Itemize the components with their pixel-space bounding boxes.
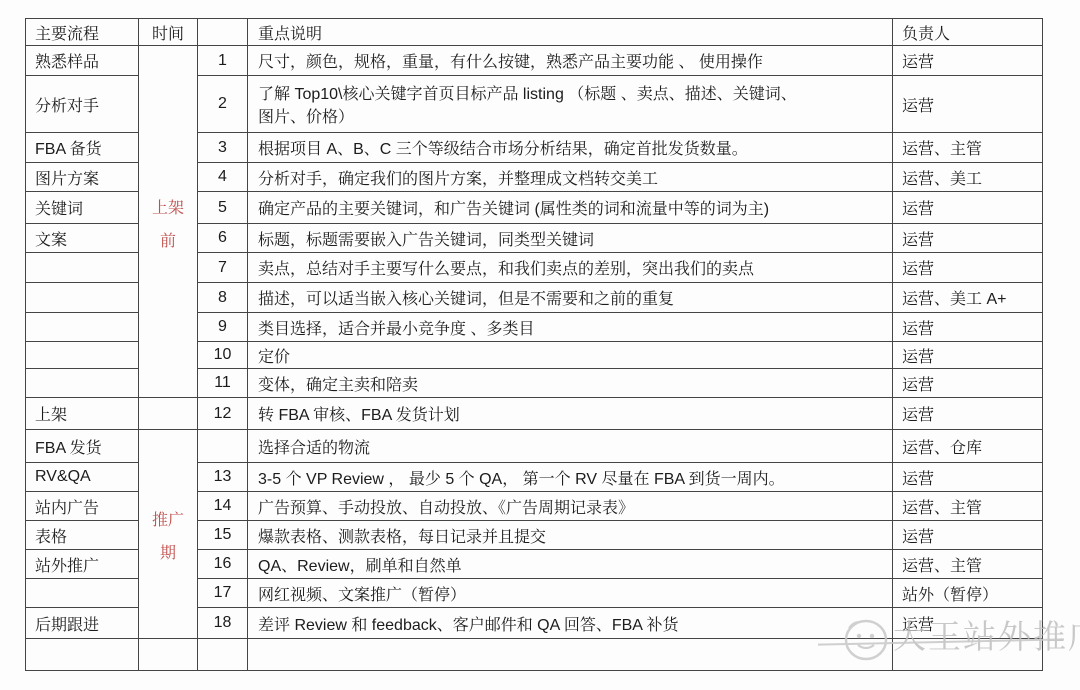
detail-cell: 转 FBA 审核、FBA 发货计划 (248, 398, 893, 430)
step-number-cell (198, 430, 248, 463)
detail-cell: 描述，可以适当嵌入核心关键词，但是不需要和之前的重复 (248, 283, 893, 313)
step-number-cell: 11 (198, 369, 248, 398)
time-cell (139, 398, 198, 430)
header-owner: 负责人 (893, 19, 1043, 46)
process-cell: RV&QA (26, 463, 139, 492)
detail-cell: 分析对手，确定我们的图片方案，并整理成文档转交美工 (248, 163, 893, 192)
header-detail: 重点说明 (248, 19, 893, 46)
process-cell: 上架 (26, 398, 139, 430)
step-number-cell (198, 639, 248, 671)
owner-cell: 运营 (893, 608, 1043, 639)
step-number-cell: 7 (198, 253, 248, 283)
owner-cell: 运营 (893, 192, 1043, 224)
owner-cell: 运营、主管 (893, 492, 1043, 521)
owner-cell: 站外（暂停） (893, 579, 1043, 608)
owner-cell: 运营、主管 (893, 550, 1043, 579)
detail-cell: 差评 Review 和 feedback、客户邮件和 QA 回答、FBA 补货 (248, 608, 893, 639)
scanned-document-page: 主要流程 时间 重点说明 负责人 熟悉样品上架前1尺寸，颜色，规格，重量，有什么… (0, 0, 1080, 690)
process-cell: 关键词 (26, 192, 139, 224)
process-cell: 图片方案 (26, 163, 139, 192)
owner-cell: 运营、美工 (893, 163, 1043, 192)
detail-cell: 爆款表格、测款表格，每日记录并且提交 (248, 521, 893, 550)
step-number-cell: 5 (198, 192, 248, 224)
time-phase-label: 推广 (139, 504, 197, 537)
detail-cell: 网红视频、文案推广（暂停） (248, 579, 893, 608)
detail-cell: 3-5 个 VP Review ， 最少 5 个 QA， 第一个 RV 尽量在 … (248, 463, 893, 492)
owner-cell: 运营 (893, 76, 1043, 133)
process-cell: FBA 备货 (26, 133, 139, 163)
table-body: 熟悉样品上架前1尺寸，颜色，规格，重量，有什么按键，熟悉产品主要功能 、 使用操… (26, 46, 1043, 671)
header-time: 时间 (139, 19, 198, 46)
process-cell (26, 283, 139, 313)
step-number-cell: 14 (198, 492, 248, 521)
process-cell: 后期跟进 (26, 608, 139, 639)
time-phase-cell: 推广期 (139, 430, 198, 639)
process-cell (26, 313, 139, 342)
table-row: 熟悉样品上架前1尺寸，颜色，规格，重量，有什么按键，熟悉产品主要功能 、 使用操… (26, 46, 1043, 76)
detail-cell: 了解 Top10\核心关键字首页目标产品 listing （标题 、卖点、描述、… (248, 76, 893, 133)
detail-cell (248, 639, 893, 671)
detail-cell: 定价 (248, 342, 893, 369)
owner-cell: 运营 (893, 521, 1043, 550)
time-phase-label: 上架 (139, 192, 197, 225)
detail-cell: QA、Review，刷单和自然单 (248, 550, 893, 579)
owner-cell: 运营 (893, 398, 1043, 430)
time-phase-label: 期 (139, 537, 197, 570)
owner-cell: 运营 (893, 369, 1043, 398)
detail-cell: 根据项目 A、B、C 三个等级结合市场分析结果，确定首批发货数量。 (248, 133, 893, 163)
detail-cell: 选择合适的物流 (248, 430, 893, 463)
step-number-cell: 2 (198, 76, 248, 133)
owner-cell: 运营、美工 A+ (893, 283, 1043, 313)
owner-cell: 运营 (893, 313, 1043, 342)
process-cell (26, 342, 139, 369)
step-number-cell: 8 (198, 283, 248, 313)
process-cell (26, 369, 139, 398)
detail-cell: 尺寸，颜色，规格，重量，有什么按键，熟悉产品主要功能 、 使用操作 (248, 46, 893, 76)
step-number-cell: 16 (198, 550, 248, 579)
time-phase-cell: 上架前 (139, 46, 198, 398)
process-cell: 分析对手 (26, 76, 139, 133)
process-cell: 熟悉样品 (26, 46, 139, 76)
time-cell (139, 639, 198, 671)
table-row: 上架12转 FBA 审核、FBA 发货计划运营 (26, 398, 1043, 430)
process-cell: 表格 (26, 521, 139, 550)
step-number-cell: 10 (198, 342, 248, 369)
process-cell (26, 253, 139, 283)
detail-cell: 标题，标题需要嵌入广告关键词，同类型关键词 (248, 224, 893, 253)
step-number-cell: 15 (198, 521, 248, 550)
header-step-number (198, 19, 248, 46)
header-process: 主要流程 (26, 19, 139, 46)
owner-cell: 运营 (893, 46, 1043, 76)
process-cell: 站外推广 (26, 550, 139, 579)
owner-cell (893, 639, 1043, 671)
step-number-cell: 4 (198, 163, 248, 192)
process-cell (26, 639, 139, 671)
owner-cell: 运营、主管 (893, 133, 1043, 163)
step-number-cell: 3 (198, 133, 248, 163)
process-cell: 文案 (26, 224, 139, 253)
owner-cell: 运营 (893, 253, 1043, 283)
owner-cell: 运营 (893, 463, 1043, 492)
detail-cell: 卖点，总结对手主要写什么要点，和我们卖点的差别，突出我们的卖点 (248, 253, 893, 283)
step-number-cell: 1 (198, 46, 248, 76)
detail-cell: 类目选择，适合并最小竞争度 、多类目 (248, 313, 893, 342)
step-number-cell: 6 (198, 224, 248, 253)
process-cell (26, 579, 139, 608)
time-phase-label: 前 (139, 225, 197, 258)
step-number-cell: 17 (198, 579, 248, 608)
process-cell: 站内广告 (26, 492, 139, 521)
step-number-cell: 9 (198, 313, 248, 342)
owner-cell: 运营 (893, 224, 1043, 253)
owner-cell: 运营 (893, 342, 1043, 369)
owner-cell: 运营、仓库 (893, 430, 1043, 463)
process-cell: FBA 发货 (26, 430, 139, 463)
step-number-cell: 18 (198, 608, 248, 639)
detail-cell: 变体，确定主卖和陪卖 (248, 369, 893, 398)
detail-cell: 确定产品的主要关键词，和广告关键词 (属性类的词和流量中等的词为主) (248, 192, 893, 224)
workflow-table: 主要流程 时间 重点说明 负责人 熟悉样品上架前1尺寸，颜色，规格，重量，有什么… (25, 18, 1043, 671)
table-header-row: 主要流程 时间 重点说明 负责人 (26, 19, 1043, 46)
table-row: FBA 发货推广期选择合适的物流运营、仓库 (26, 430, 1043, 463)
step-number-cell: 13 (198, 463, 248, 492)
table-row (26, 639, 1043, 671)
step-number-cell: 12 (198, 398, 248, 430)
detail-cell: 广告预算、手动投放、自动投放、《广告周期记录表》 (248, 492, 893, 521)
